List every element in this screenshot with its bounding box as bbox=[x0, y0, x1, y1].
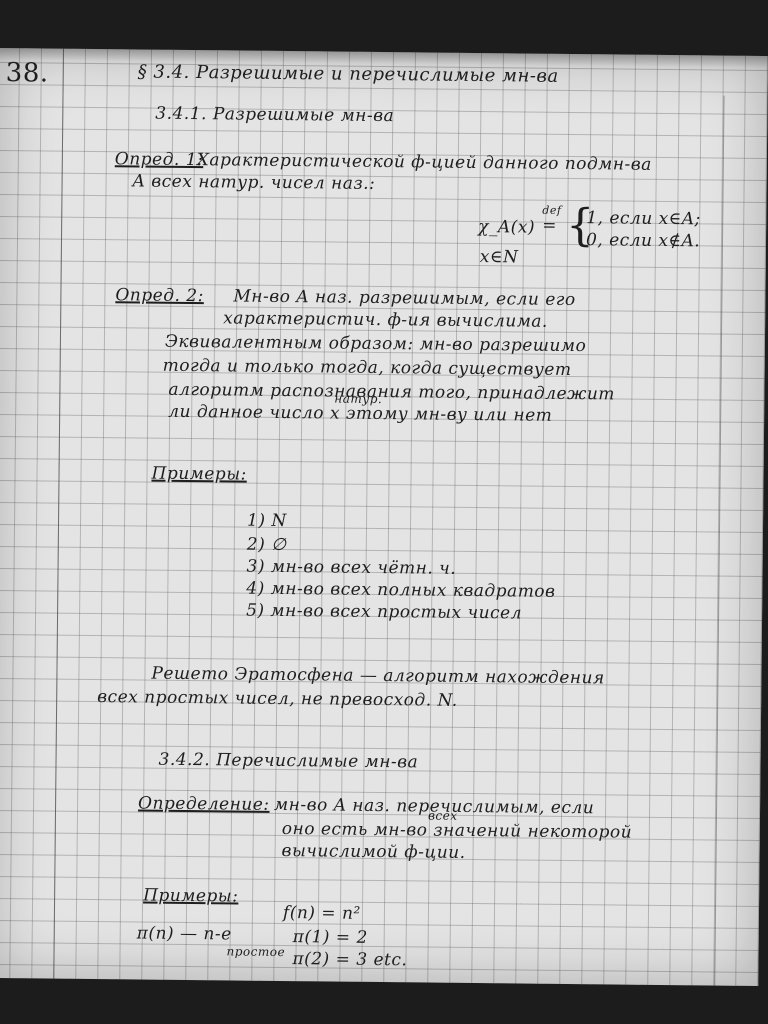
equivalent-line-3: алгоритм распознавания того, принадлежит bbox=[168, 380, 615, 405]
example-item: 3) мн-во всех чётн. ч. bbox=[246, 557, 456, 579]
equivalent-line-2: тогда и только тогда, когда существует bbox=[163, 356, 572, 380]
subsection-title-3-4-2: 3.4.2. Перечислимые мн-ва bbox=[158, 750, 418, 773]
examples-2-label: Примеры: bbox=[143, 886, 238, 907]
definition-2-line-1: Мн-во A наз. разрешимым, если его bbox=[233, 286, 575, 310]
example-prime-function-sub: простое bbox=[226, 944, 285, 959]
page-fold-line bbox=[714, 96, 724, 986]
sieve-note-line-2: всех простых чисел, не превосход. N. bbox=[97, 687, 458, 711]
example-item: 4) мн-во всех полных квадратов bbox=[246, 579, 555, 602]
margin-line bbox=[53, 49, 64, 979]
examples-label: Примеры: bbox=[151, 464, 246, 485]
definition-3-line-3: вычислимой ф-ции. bbox=[282, 841, 466, 863]
definition-2-line-2: характеристич. ф-ия вычислима. bbox=[223, 308, 548, 331]
equivalent-line-1: Эквивалентным образом: мн-во разрешимо bbox=[165, 332, 587, 356]
formula-case-2: 0, если x∉A. bbox=[586, 230, 700, 251]
definition-1-label: Опред. 1: bbox=[115, 149, 204, 170]
formula-equals: = bbox=[542, 216, 557, 236]
example-square-function: f(n) = n² bbox=[283, 903, 361, 924]
subsection-title-3-4-1: 3.4.1. Разрешимые мн-ва bbox=[155, 104, 394, 127]
example-pi-2: π(2) = 3 etc. bbox=[292, 949, 407, 970]
formula-lhs: χ_A(x) bbox=[478, 217, 535, 238]
definition-1-line-2: A всех натур. чисел наз.: bbox=[133, 171, 376, 194]
definition-3-line-2: оно есть мн-во значений некоторой bbox=[282, 819, 633, 843]
definition-3-label: Определение: bbox=[138, 793, 270, 814]
example-item: 5) мн-во всех простых чисел bbox=[246, 601, 522, 624]
page-number: 38. bbox=[6, 58, 49, 88]
example-item: 2) ∅ bbox=[247, 535, 287, 555]
example-pi-1: π(1) = 2 bbox=[293, 927, 368, 948]
section-title: § 3.4. Разрешимые и перечислимые мн-ва bbox=[138, 61, 559, 86]
example-item: 1) N bbox=[247, 511, 287, 531]
notebook-page: 38. § 3.4. Разрешимые и перечислимые мн-… bbox=[0, 48, 768, 986]
definition-2-label: Опред. 2: bbox=[115, 285, 204, 306]
formula-domain: x∈N bbox=[480, 247, 519, 267]
formula-case-1: 1, если x∈A; bbox=[586, 208, 701, 229]
example-prime-function: π(n) — n-е bbox=[137, 923, 232, 944]
sieve-note-line-1: Решето Эратосфена — алгоритм нахождения bbox=[151, 664, 604, 689]
equivalent-line-4: ли данное число x этому мн-ву или нет bbox=[168, 402, 552, 426]
definition-1-line-1: Характеристической ф-цией данного подмн-… bbox=[197, 150, 652, 175]
